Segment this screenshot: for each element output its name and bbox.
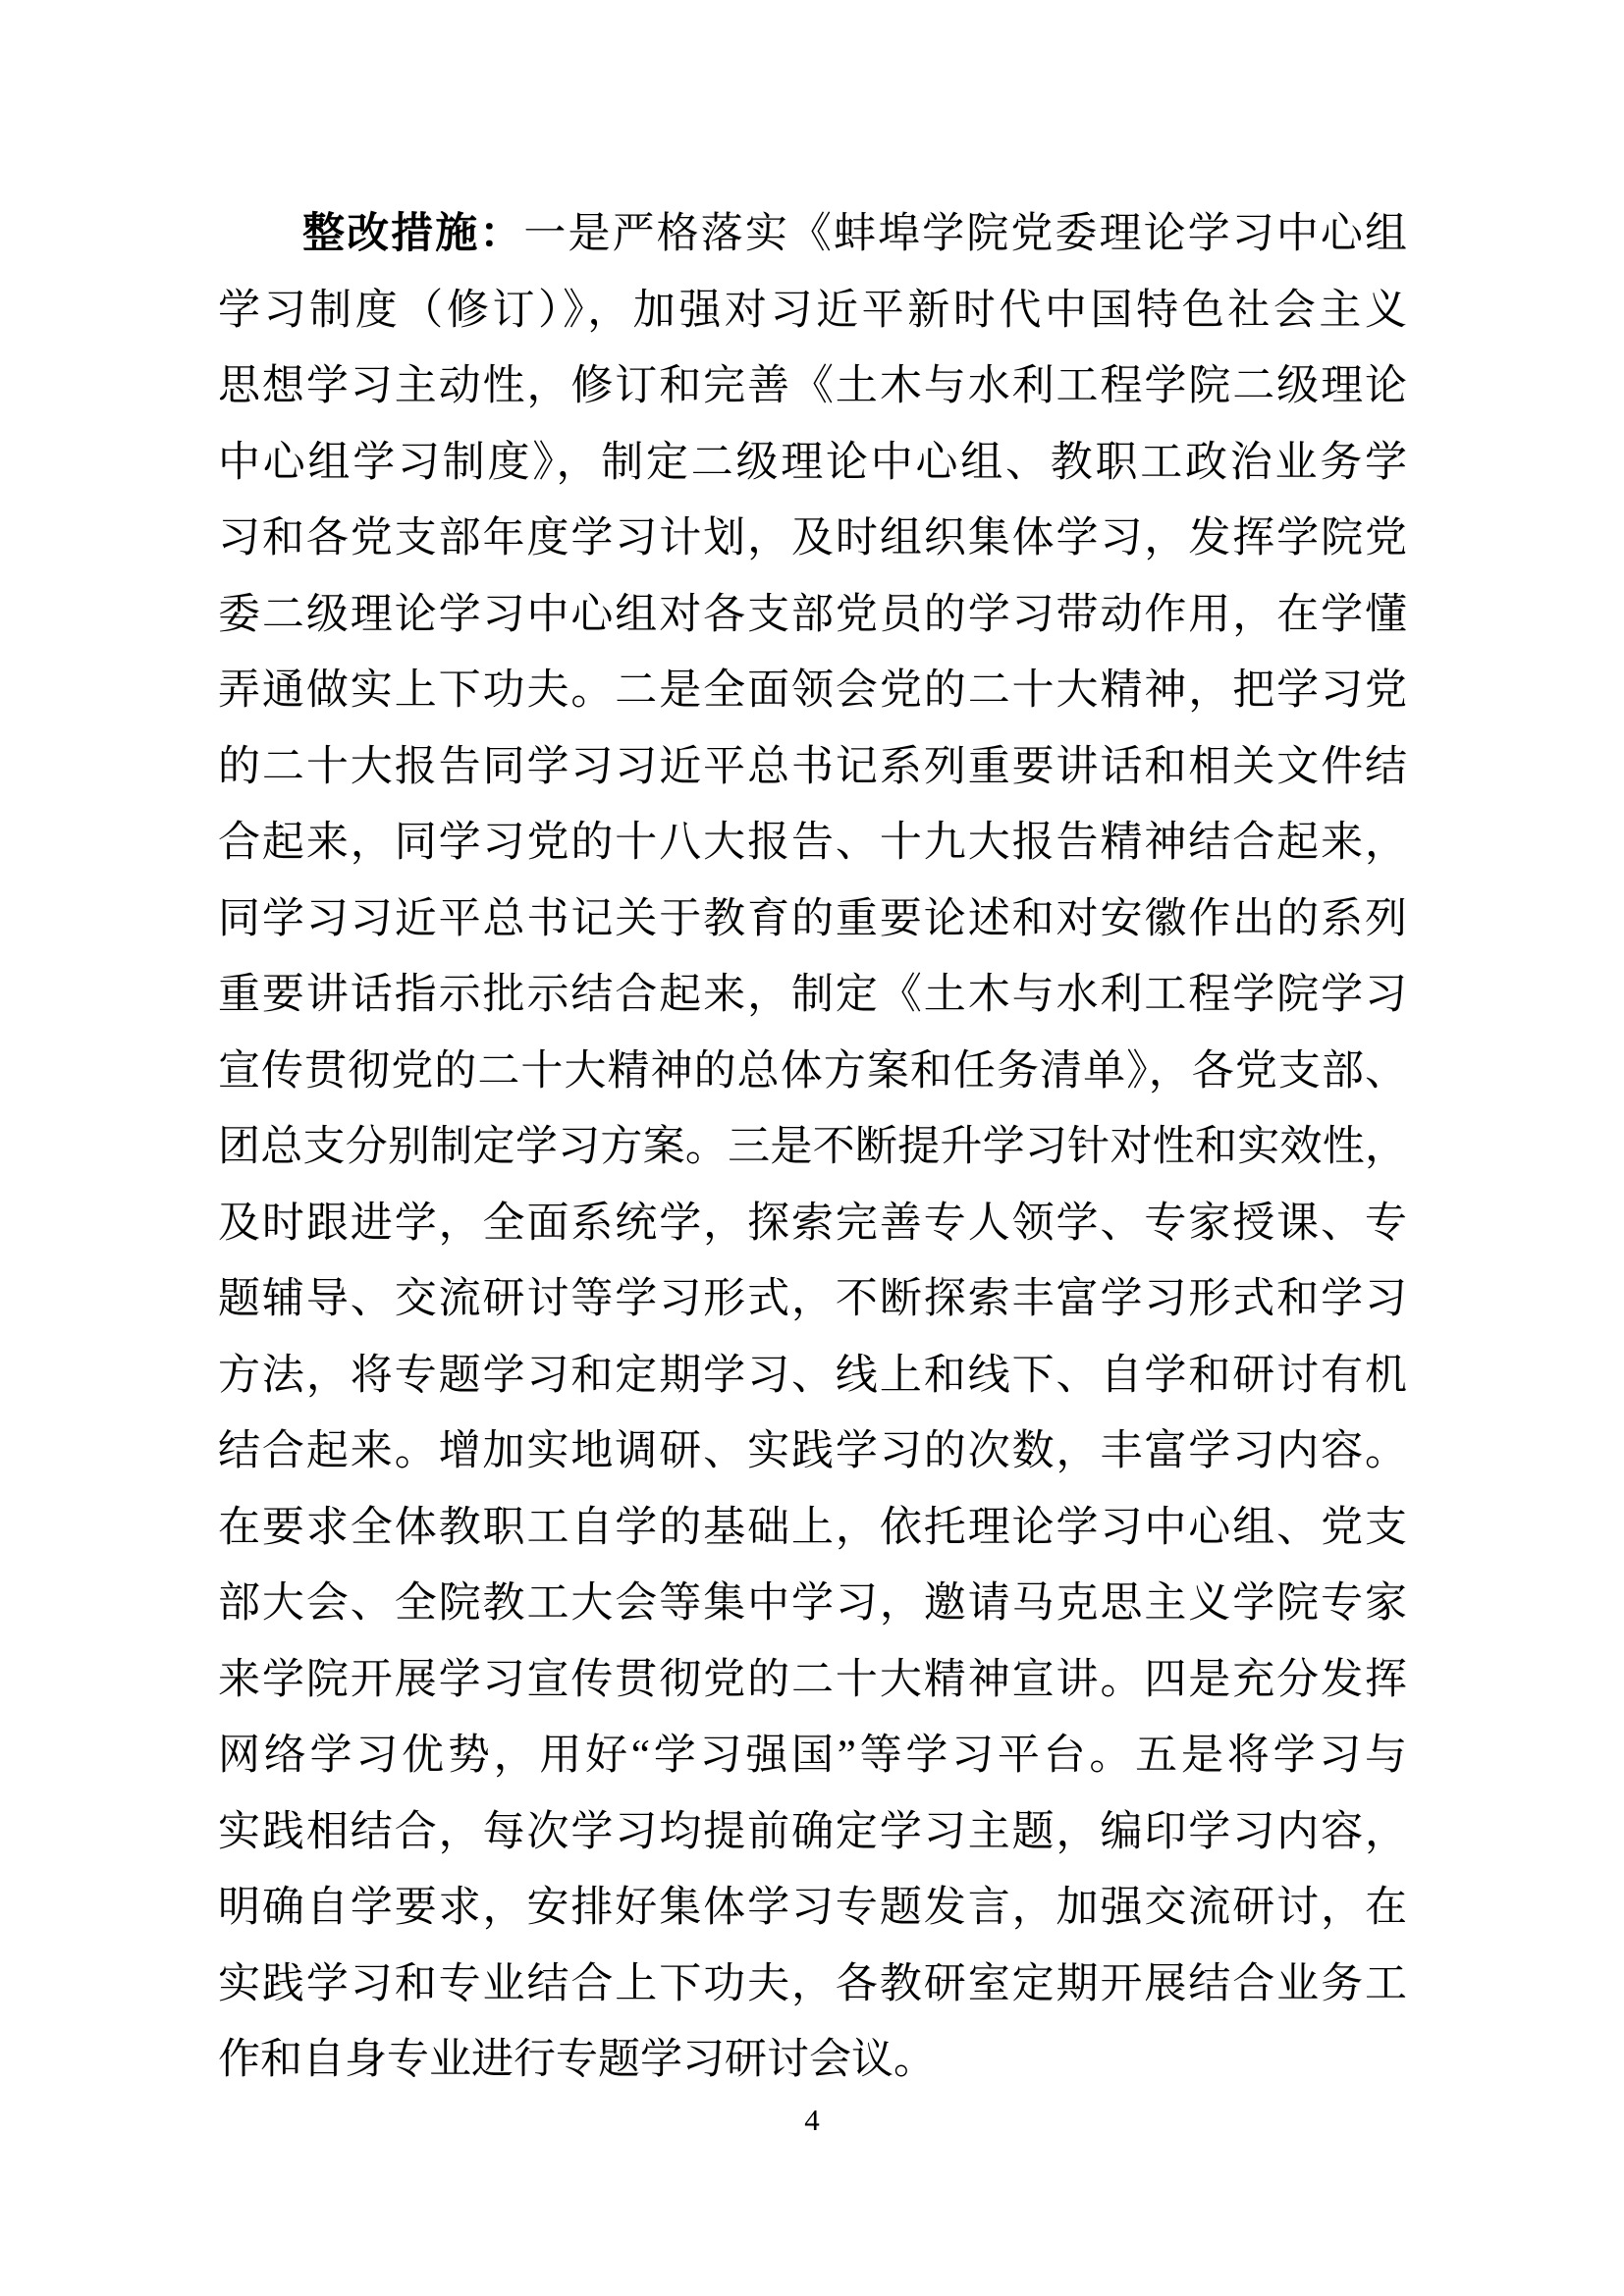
text-line: 合起来，同学习党的十八大报告、十九大报告精神结合起来， — [218, 805, 1407, 881]
text-line: 委二级理论学习中心组对各支部党员的学习带动作用，在学懂 — [218, 577, 1407, 654]
text-line: 宣传贯彻党的二十大精神的总体方案和任务清单》，各党支部、 — [218, 1034, 1407, 1110]
text-line: 作和自身专业进行专题学习研讨会议。 — [218, 2022, 1407, 2099]
text-line: 来学院开展学习宣传贯彻党的二十大精神宣讲。四是充分发挥 — [218, 1642, 1407, 1719]
text-line: 明确自学要求，安排好集体学习专题发言，加强交流研讨，在 — [218, 1870, 1407, 1947]
text-line: 结合起来。增加实地调研、实践学习的次数，丰富学习内容。 — [218, 1414, 1407, 1490]
document-page: 整改措施：一是严格落实《蚌埠学院党委理论学习中心组 学习制度（修订）》，加强对习… — [0, 0, 1624, 2296]
text-line: 的二十大报告同学习习近平总书记系列重要讲话和相关文件结 — [218, 729, 1407, 806]
text-line: 同学习习近平总书记关于教育的重要论述和对安徽作出的系列 — [218, 881, 1407, 958]
text-line: 学习制度（修订）》，加强对习近平新时代中国特色社会主义 — [218, 273, 1407, 349]
text-line: 弄通做实上下功夫。二是全面领会党的二十大精神，把学习党 — [218, 653, 1407, 729]
body-text: 整改措施：一是严格落实《蚌埠学院党委理论学习中心组 学习制度（修订）》，加强对习… — [218, 196, 1407, 2099]
text-line: 重要讲话指示批示结合起来，制定《土木与水利工程学院学习 — [218, 957, 1407, 1034]
text-line: 网络学习优势，用好“学习强国”等学习平台。五是将学习与 — [218, 1718, 1407, 1794]
text-line: 题辅导、交流研讨等学习形式，不断探索丰富学习形式和学习 — [218, 1261, 1407, 1338]
text-line: 团总支分别制定学习方案。三是不断提升学习针对性和实效性， — [218, 1109, 1407, 1186]
paragraph-first-line-text: 一是严格落实《蚌埠学院党委理论学习中心组 — [523, 211, 1407, 257]
text-line: 方法，将专题学习和定期学习、线上和线下、自学和研讨有机 — [218, 1338, 1407, 1415]
text-line: 中心组学习制度》，制定二级理论中心组、教职工政治业务学 — [218, 425, 1407, 502]
text-line: 实践相结合，每次学习均提前确定学习主题，编印学习内容， — [218, 1794, 1407, 1871]
text-line: 整改措施：一是严格落实《蚌埠学院党委理论学习中心组 — [218, 196, 1407, 273]
text-line: 习和各党支部年度学习计划，及时组织集体学习，发挥学院党 — [218, 501, 1407, 577]
text-line: 部大会、全院教工大会等集中学习，邀请马克思主义学院专家 — [218, 1566, 1407, 1642]
text-line: 实践学习和专业结合上下功夫，各教研室定期开展结合业务工 — [218, 1947, 1407, 2023]
text-line: 思想学习主动性，修订和完善《土木与水利工程学院二级理论 — [218, 348, 1407, 425]
paragraph-lead-bold: 整改措施： — [302, 211, 523, 257]
page-number: 4 — [0, 2101, 1624, 2140]
text-line: 在要求全体教职工自学的基础上，依托理论学习中心组、党支 — [218, 1490, 1407, 1567]
text-line: 及时跟进学，全面系统学，探索完善专人领学、专家授课、专 — [218, 1186, 1407, 1262]
